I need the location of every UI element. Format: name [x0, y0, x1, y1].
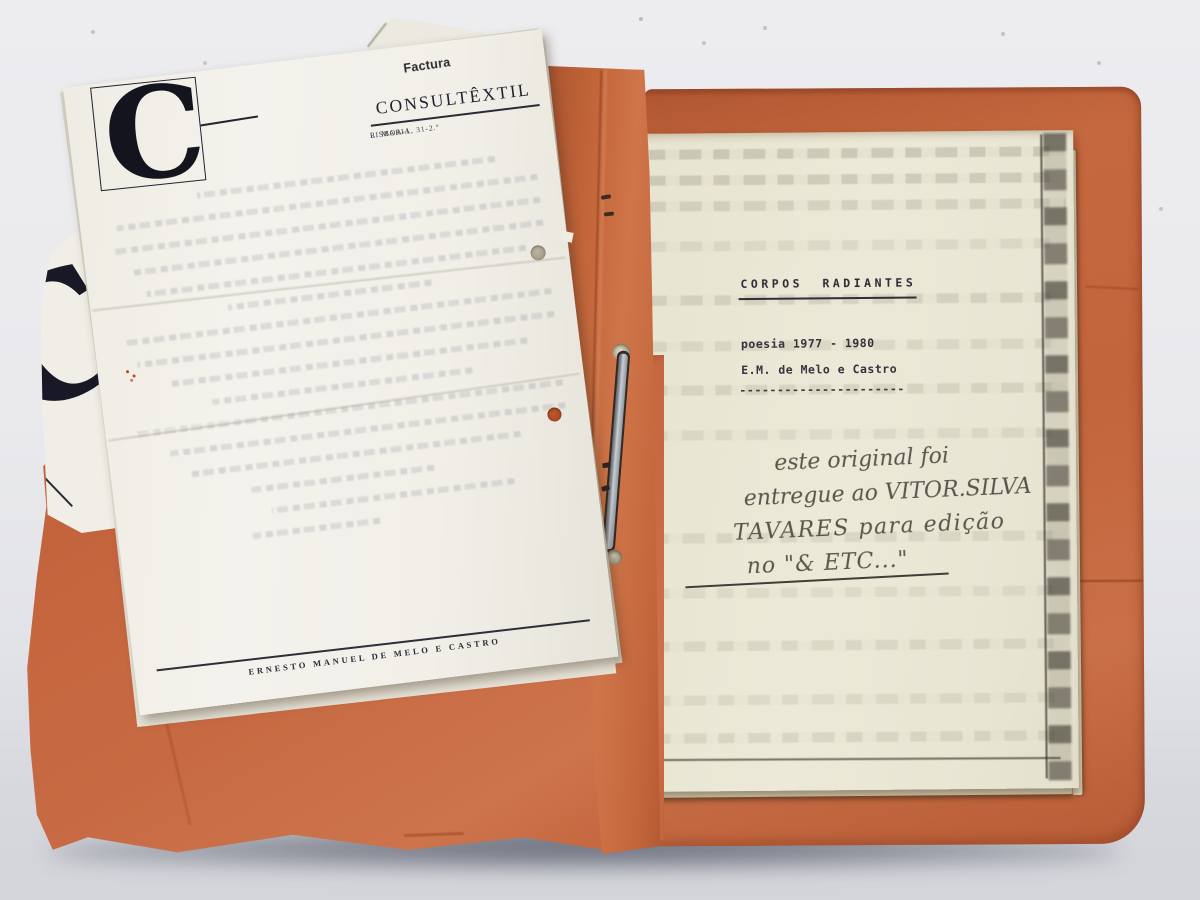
factura-stamp: Factura	[384, 53, 469, 79]
photocopy-streak	[650, 172, 1060, 186]
logo-letter-c: C	[98, 65, 211, 201]
typescript-title-page: CORPOS RADIANTES poesia 1977 - 1980 E.M.…	[645, 130, 1079, 792]
typewriter-text-row	[197, 156, 495, 199]
typescript-subtitle: poesia 1977 - 1980	[741, 336, 875, 351]
show-through-typewriter-text	[94, 151, 587, 632]
typewriter-text-row	[168, 337, 528, 387]
staple	[601, 194, 612, 200]
photocopy-bottom-line	[659, 757, 1061, 761]
logo-rule	[200, 115, 258, 126]
envelope-tear	[404, 832, 464, 837]
photocopy-streak	[650, 238, 1050, 251]
photocopy-streak	[654, 638, 1066, 652]
typewriter-text-row	[253, 518, 381, 540]
typewriter-text-row	[146, 245, 526, 298]
typewriter-text-row	[191, 431, 521, 477]
staple	[604, 211, 614, 216]
photocopy-streak	[649, 146, 1063, 160]
logo-square: C	[90, 77, 206, 192]
typescript-title: CORPOS RADIANTES	[740, 276, 916, 292]
consultextil-letterhead: C Factura CONSULTÊXTIL R. MARIA, 31-2.º …	[63, 29, 618, 715]
typewriter-text-row	[251, 465, 434, 493]
photocopy-streak	[653, 585, 1057, 599]
photocopy-streak	[654, 692, 1060, 706]
typescript-author: E.M. de Melo e Castro	[741, 362, 897, 377]
photocopy-streak	[654, 730, 1064, 744]
photograph-folder-with-manuscripts: CORPOS RADIANTES poesia 1977 - 1980 E.M.…	[0, 0, 1200, 900]
typed-dashed-line: ----------------------	[739, 382, 905, 397]
dust-specks	[0, 0, 2, 2]
city: LISBOA-1	[370, 126, 411, 140]
photocopy-streak	[650, 198, 1066, 212]
footer-rule	[157, 619, 590, 671]
handwritten-note: este original foi entregue ao VITOR.SILV…	[730, 435, 1066, 585]
torn-edge-notch	[560, 231, 574, 243]
folder-crease	[1075, 580, 1143, 582]
folder-crease	[1085, 286, 1139, 291]
